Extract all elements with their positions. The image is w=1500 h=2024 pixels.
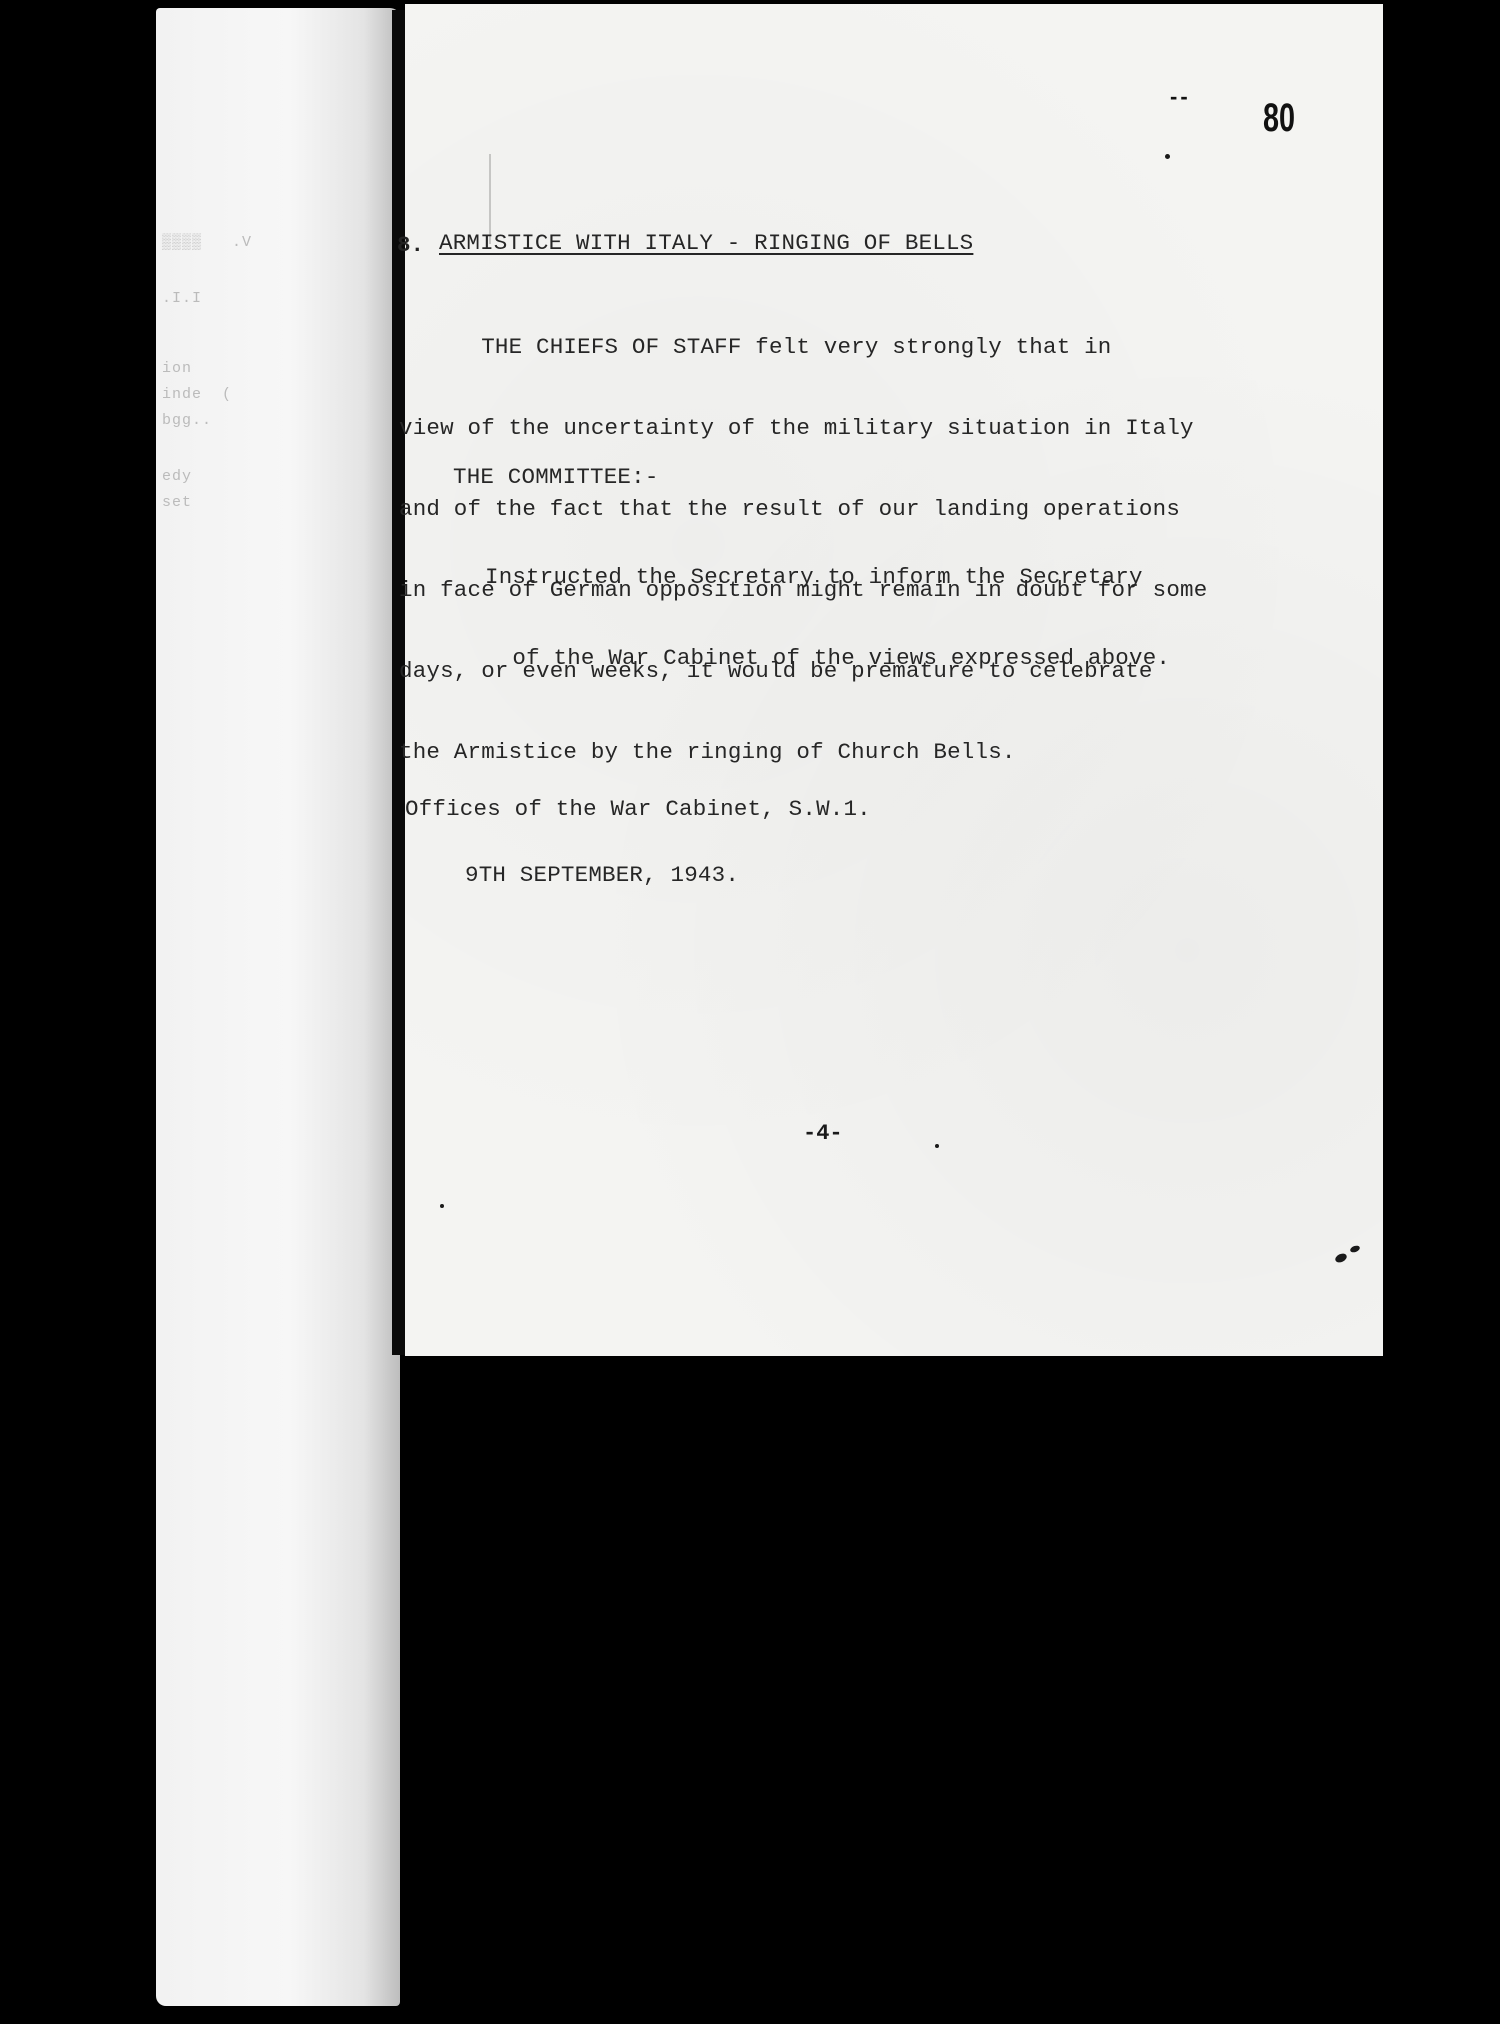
ink-speck [1349,1244,1360,1253]
ink-speck [935,1144,939,1148]
bleed-through-text: ▒▒▒▒ .V [162,234,252,251]
paragraph-line: the Armistice by the ringing of Church B… [399,739,1207,766]
bleed-through-text: edy [162,468,192,485]
offices-line: Offices of the War Cabinet, S.W.1. [405,796,871,823]
item-number: 8. [397,232,424,258]
date-line: 9TH SEPTEMBER, 1943. [465,862,739,889]
ink-speck [1165,154,1170,159]
document-page: -- 80 8. ARMISTICE WITH ITALY - RINGING … [405,4,1383,1356]
bleed-through-text: inde ( [162,386,232,403]
bleed-through-text: .I.I [162,290,202,307]
paragraph-line: THE CHIEFS OF STAFF felt very strongly t… [399,334,1207,361]
bleed-through-text: set [162,494,192,511]
resolution-line: Instructed the Secretary to inform the S… [485,564,1170,591]
bleed-through-text: ion [162,360,192,377]
committee-label: THE COMMITTEE:- [453,464,659,491]
bleed-through-text: bgg.. [162,412,212,429]
folio-number: -4- [803,1121,843,1146]
paragraph-line: view of the uncertainty of the military … [399,415,1207,442]
page-number: 80 [1263,96,1295,141]
section-heading: ARMISTICE WITH ITALY - RINGING OF BELLS [439,230,973,257]
resolution-text: Instructed the Secretary to inform the S… [485,510,1170,726]
ink-speck [1334,1252,1348,1264]
ink-speck [440,1204,444,1208]
previous-page-strip: ▒▒▒▒ .V .I.I ion inde ( bgg.. edy set [156,8,400,2006]
corner-mark: -- [1170,84,1191,110]
resolution-line: of the War Cabinet of the views expresse… [485,645,1170,672]
